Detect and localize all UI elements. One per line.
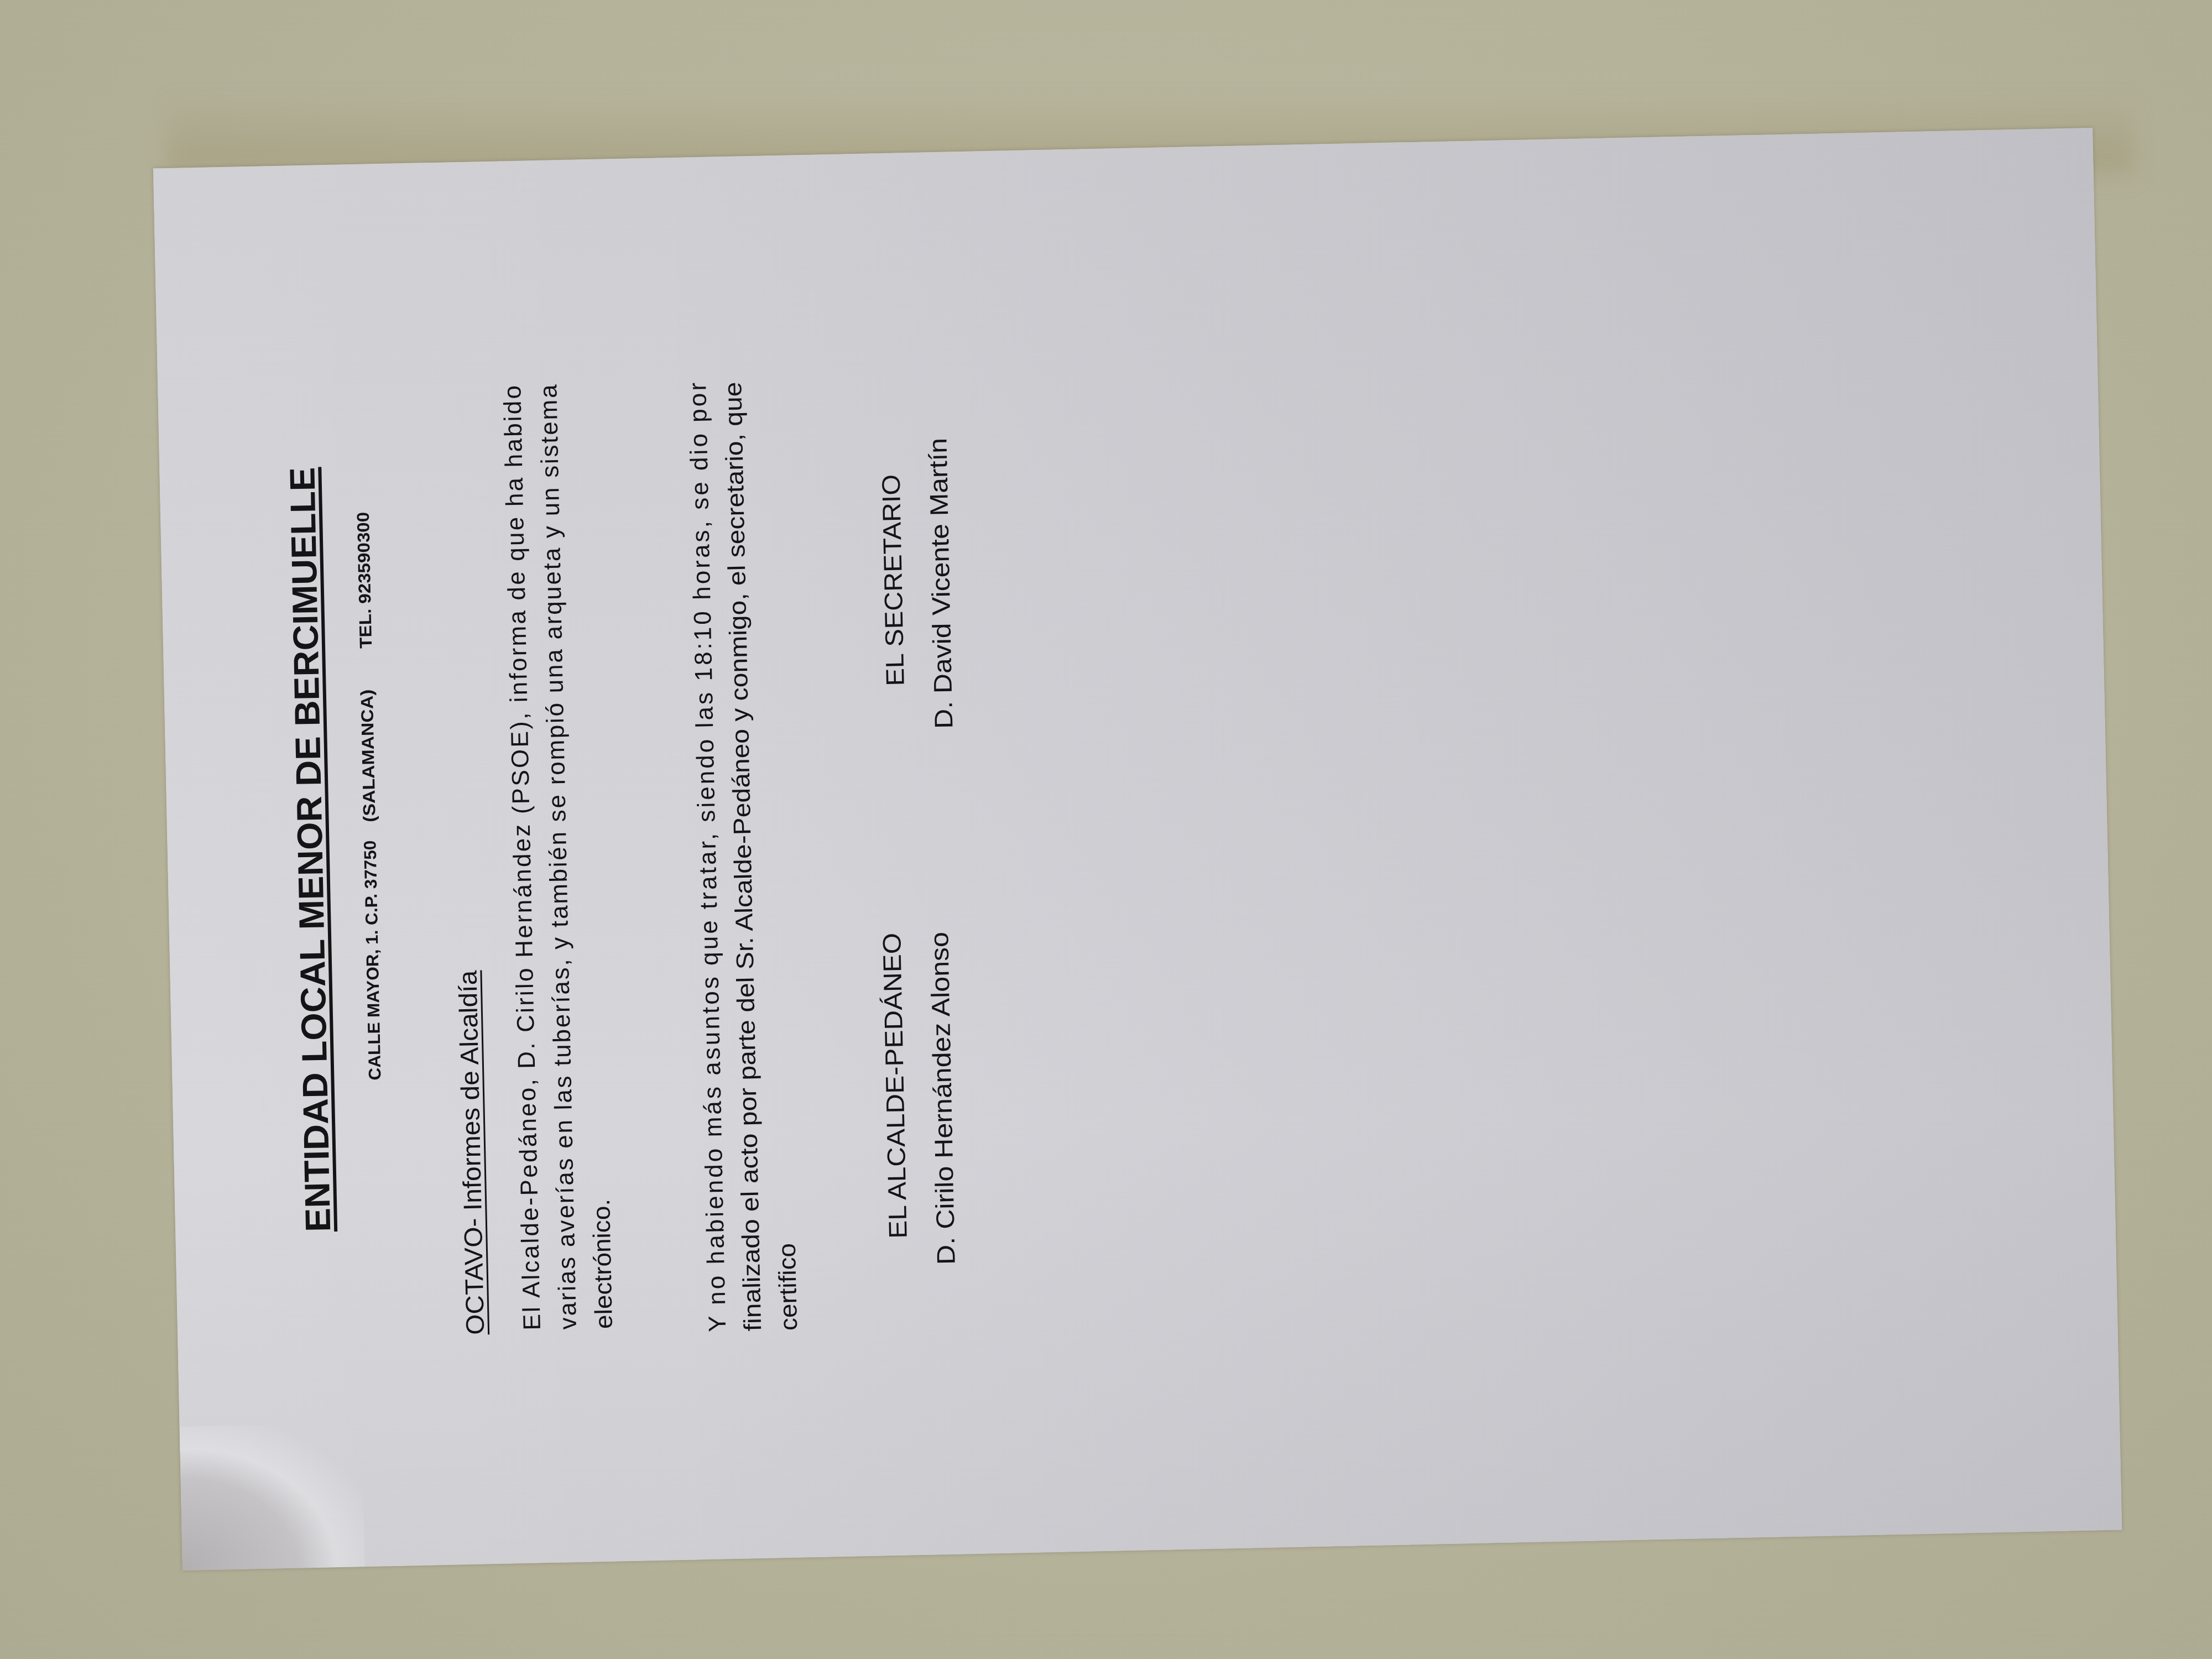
- signature-name-mayor: D. Cirilo Hernández Alonso: [925, 932, 961, 1265]
- paragraph-1-line: electrónico.: [588, 1198, 618, 1329]
- signature-role-secretary: EL SECRETARIO: [877, 474, 910, 686]
- entity-title: ENTIDAD LOCAL MENOR DE BERCIMUELLE: [282, 467, 338, 1232]
- paragraph-2-line: certifico: [774, 1243, 802, 1331]
- printed-page: ENTIDAD LOCAL MENOR DE BERCIMUELLE CALLE…: [153, 128, 2122, 1571]
- address-phone: TEL. 923590300: [353, 512, 375, 649]
- signature-name-secretary: D. David Vicente Martín: [923, 437, 958, 729]
- signature-role-mayor: EL ALCALDE-PEDÁNEO: [877, 932, 912, 1239]
- address-street: CALLE MAYOR, 1. C.P. 37750: [360, 840, 384, 1081]
- page-content: ENTIDAD LOCAL MENOR DE BERCIMUELLE CALLE…: [153, 128, 2122, 1571]
- address-province: (SALAMANCA): [357, 689, 379, 822]
